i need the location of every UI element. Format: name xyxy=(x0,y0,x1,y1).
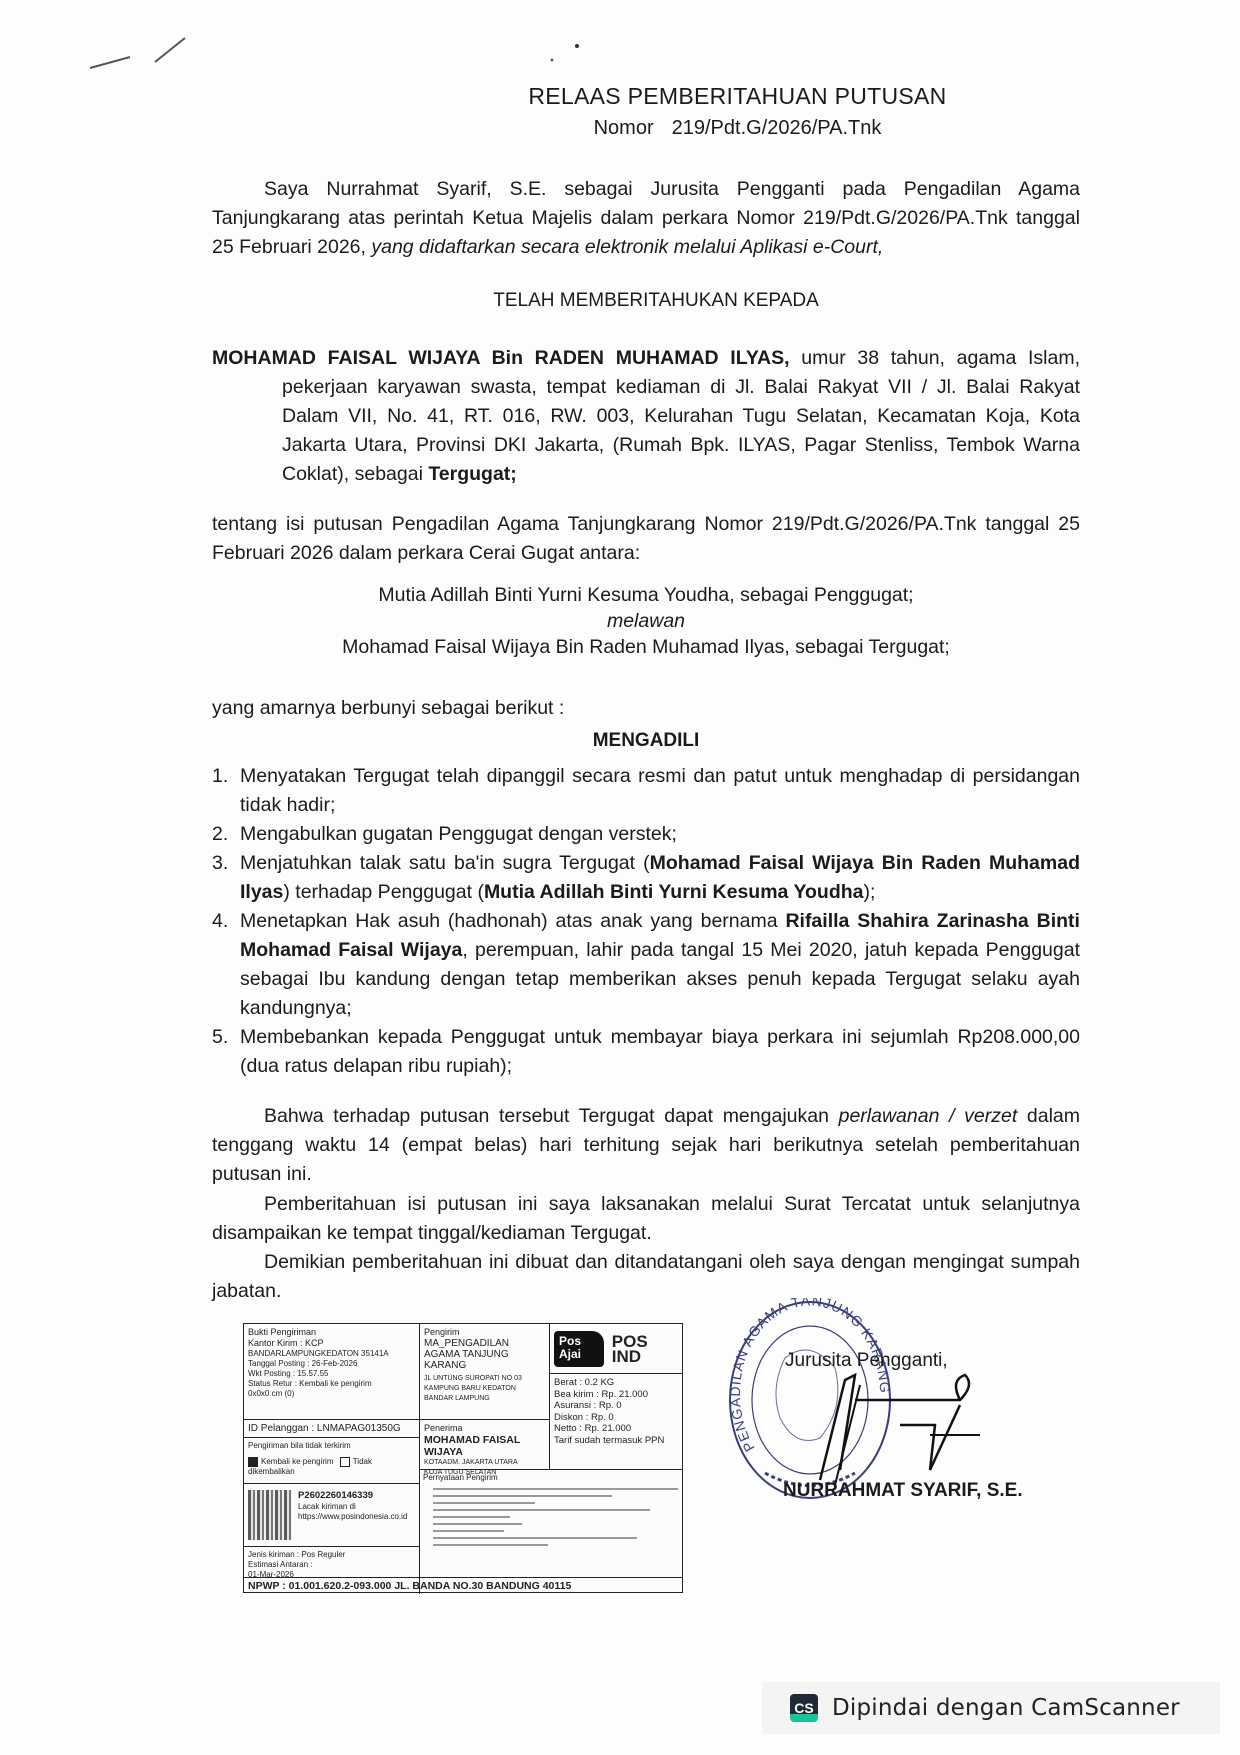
nomor-label: Nomor xyxy=(594,117,654,139)
closing-paragraph: Demikian pemberitahuan ini dibuat dan di… xyxy=(212,1248,1080,1306)
versus-label: melawan xyxy=(212,608,1080,634)
tracking-number: P2602260146339 xyxy=(298,1490,407,1502)
scanned-page: RELAAS PEMBERITAHUAN PUTUSAN Nomor219/Pd… xyxy=(0,0,1240,1755)
receipt-sender-info: Bukti Pengiriman Kantor Kirim : KCP BAND… xyxy=(244,1324,419,1583)
verdict-item: 3.Menjatuhkan talak satu ba'in sugra Ter… xyxy=(212,849,1080,907)
pos-ajai-logo: Pos Ajai xyxy=(554,1331,604,1367)
return-checkbox-icon xyxy=(248,1457,258,1467)
signature-icon xyxy=(800,1360,1000,1490)
verdict-number: 4. xyxy=(212,907,240,1023)
verdict-list: 1.Menyatakan Tergugat telah dipanggil se… xyxy=(212,762,1080,1081)
plaintiff-line: Mutia Adillah Binti Yurni Kesuma Youdha,… xyxy=(212,582,1080,608)
verdict-number: 5. xyxy=(212,1023,240,1081)
verdict-text: Membebankan kepada Penggugat untuk memba… xyxy=(240,1023,1080,1081)
bahwa-paragraph: Bahwa terhadap putusan tersebut Tergugat… xyxy=(212,1102,1080,1189)
camscanner-logo-icon: CS xyxy=(790,1694,818,1722)
signatory-name: NURRAHMAT SYARIF, S.E. xyxy=(783,1480,1023,1502)
heading-mengadili: MENGADILI xyxy=(212,730,1080,752)
case-parties: Mutia Adillah Binti Yurni Kesuma Youdha,… xyxy=(212,582,1080,660)
camscanner-watermark: CS Dipindai dengan CamScanner xyxy=(762,1682,1220,1734)
verdict-text: Mengabulkan gugatan Penggugat dengan ver… xyxy=(240,820,1080,849)
destroy-checkbox-icon xyxy=(340,1457,350,1467)
recipient-paragraph: MOHAMAD FAISAL WIJAYA Bin RADEN MUHAMAD … xyxy=(212,344,1080,489)
verdict-text: Menjatuhkan talak satu ba'in sugra Tergu… xyxy=(240,849,1080,907)
surat-paragraph: Pemberitahuan isi putusan ini saya laksa… xyxy=(212,1190,1080,1248)
heading-telah-memberitahukan: TELAH MEMBERITAHUKAN KEPADA xyxy=(212,290,1080,312)
verdict-text: Menetapkan Hak asuh (hadhonah) atas anak… xyxy=(240,907,1080,1023)
verdict-number: 3. xyxy=(212,849,240,907)
verdict-number: 1. xyxy=(212,762,240,820)
amar-intro: yang amarnya berbunyi sebagai berikut : xyxy=(212,694,1080,723)
sender-statement: Pernyataan Pengirim xyxy=(419,1469,682,1577)
defendant-line: Mohamad Faisal Wijaya Bin Raden Muhamad … xyxy=(212,634,1080,660)
intro-paragraph: Saya Nurrahmat Syarif, S.E. sebagai Juru… xyxy=(212,175,1080,262)
verdict-text: Menyatakan Tergugat telah dipanggil seca… xyxy=(240,762,1080,820)
recipient-name-receipt: MOHAMAD FAISAL WIJAYA xyxy=(424,1434,545,1458)
receipt-charges: Pos Ajai POS IND Berat : 0.2 KG Bea kiri… xyxy=(549,1324,682,1469)
sender-name: MA_PENGADILAN AGAMA TANJUNG KARANG xyxy=(424,1338,545,1371)
verdict-item: 4.Menetapkan Hak asuh (hadhonah) atas an… xyxy=(212,907,1080,1023)
watermark-text: Dipindai dengan CamScanner xyxy=(832,1695,1180,1721)
qr-code-icon xyxy=(248,1490,292,1540)
verdict-item: 5.Membebankan kepada Penggugat untuk mem… xyxy=(212,1023,1080,1081)
pos-indonesia-logo: POS IND xyxy=(612,1334,678,1364)
customer-id: ID Pelanggan : LNMAPAG01350G xyxy=(244,1420,419,1438)
verdict-item: 1.Menyatakan Tergugat telah dipanggil se… xyxy=(212,762,1080,820)
tentang-paragraph: tentang isi putusan Pengadilan Agama Tan… xyxy=(212,510,1080,568)
verdict-item: 2.Mengabulkan gugatan Penggugat dengan v… xyxy=(212,820,1080,849)
nomor-value: 219/Pdt.G/2026/PA.Tnk xyxy=(672,117,882,139)
document-number: Nomor219/Pdt.G/2026/PA.Tnk xyxy=(0,117,1240,140)
recipient-name: MOHAMAD FAISAL WIJAYA Bin RADEN MUHAMAD … xyxy=(212,347,790,369)
document-title: RELAAS PEMBERITAHUAN PUTUSAN xyxy=(0,83,1240,110)
verdict-number: 2. xyxy=(212,820,240,849)
pen-marks xyxy=(80,20,640,80)
tracking-row: P2602260146339 Lacak kiriman di https://… xyxy=(244,1484,419,1547)
npwp-footer: NPWP : 01.001.620.2-093.000 JL. BANDA NO… xyxy=(244,1577,682,1593)
postal-receipt: Bukti Pengiriman Kantor Kirim : KCP BAND… xyxy=(243,1323,683,1593)
